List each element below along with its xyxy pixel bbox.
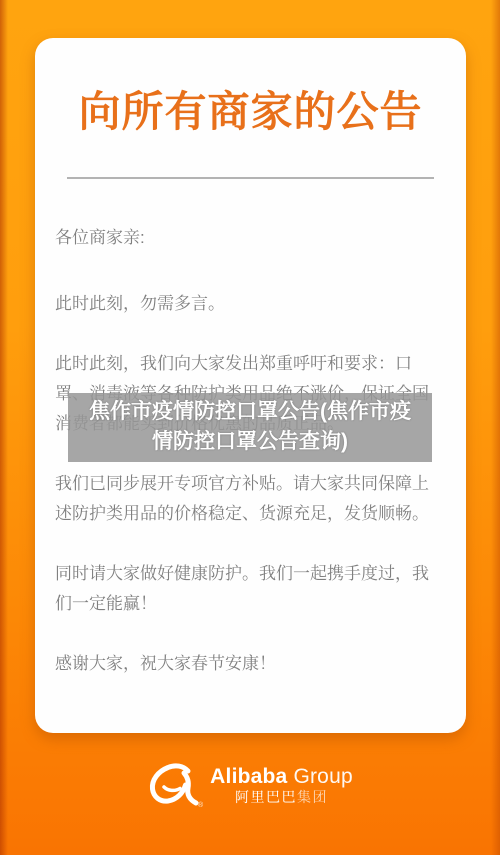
announcement-paragraph: 此时此刻，勿需多言。 — [55, 289, 443, 319]
announcement-body: 各位商家亲: 此时此刻，勿需多言。 此时此刻，我们向大家发出郑重呼吁和要求：口罩… — [55, 223, 443, 709]
footer-brand: ® Alibaba Group 阿里巴巴集团 — [0, 760, 500, 810]
alibaba-logo-icon: ® — [147, 760, 201, 810]
brand-alibaba-label: Alibaba — [210, 765, 287, 788]
brand-name-english: Alibaba Group — [210, 766, 353, 788]
title-divider — [67, 177, 434, 179]
watermark-text: 焦作市疫情防控口罩公告(焦作市疫情防控口罩公告查询) — [89, 400, 411, 453]
registered-trademark-icon: ® — [198, 802, 203, 809]
announcement-paragraph: 感谢大家，祝大家春节安康！ — [55, 649, 443, 679]
brand-group-label: Group — [287, 765, 352, 788]
announcement-poster: 向所有商家的公告 各位商家亲: 此时此刻，勿需多言。 此时此刻，我们向大家发出郑… — [0, 0, 500, 855]
watermark-overlay: 焦作市疫情防控口罩公告(焦作市疫情防控口罩公告查询) — [68, 393, 432, 462]
announcement-card: 向所有商家的公告 各位商家亲: 此时此刻，勿需多言。 此时此刻，我们向大家发出郑… — [35, 38, 466, 733]
greeting-text: 各位商家亲: — [55, 223, 443, 253]
brand-cn-label: 阿里巴巴 — [235, 789, 297, 805]
announcement-title: 向所有商家的公告 — [35, 88, 466, 136]
brand-name-chinese: 阿里巴巴集团 — [235, 789, 328, 805]
brand-text: Alibaba Group 阿里巴巴集团 — [210, 766, 353, 805]
announcement-paragraph: 我们已同步展开专项官方补贴。请大家共同保障上述防护类用品的价格稳定、货源充足，发… — [55, 469, 443, 529]
announcement-paragraph: 同时请大家做好健康防护。我们一起携手度过，我们一定能赢！ — [55, 559, 443, 619]
brand-cn-suffix-label: 集团 — [297, 789, 328, 805]
